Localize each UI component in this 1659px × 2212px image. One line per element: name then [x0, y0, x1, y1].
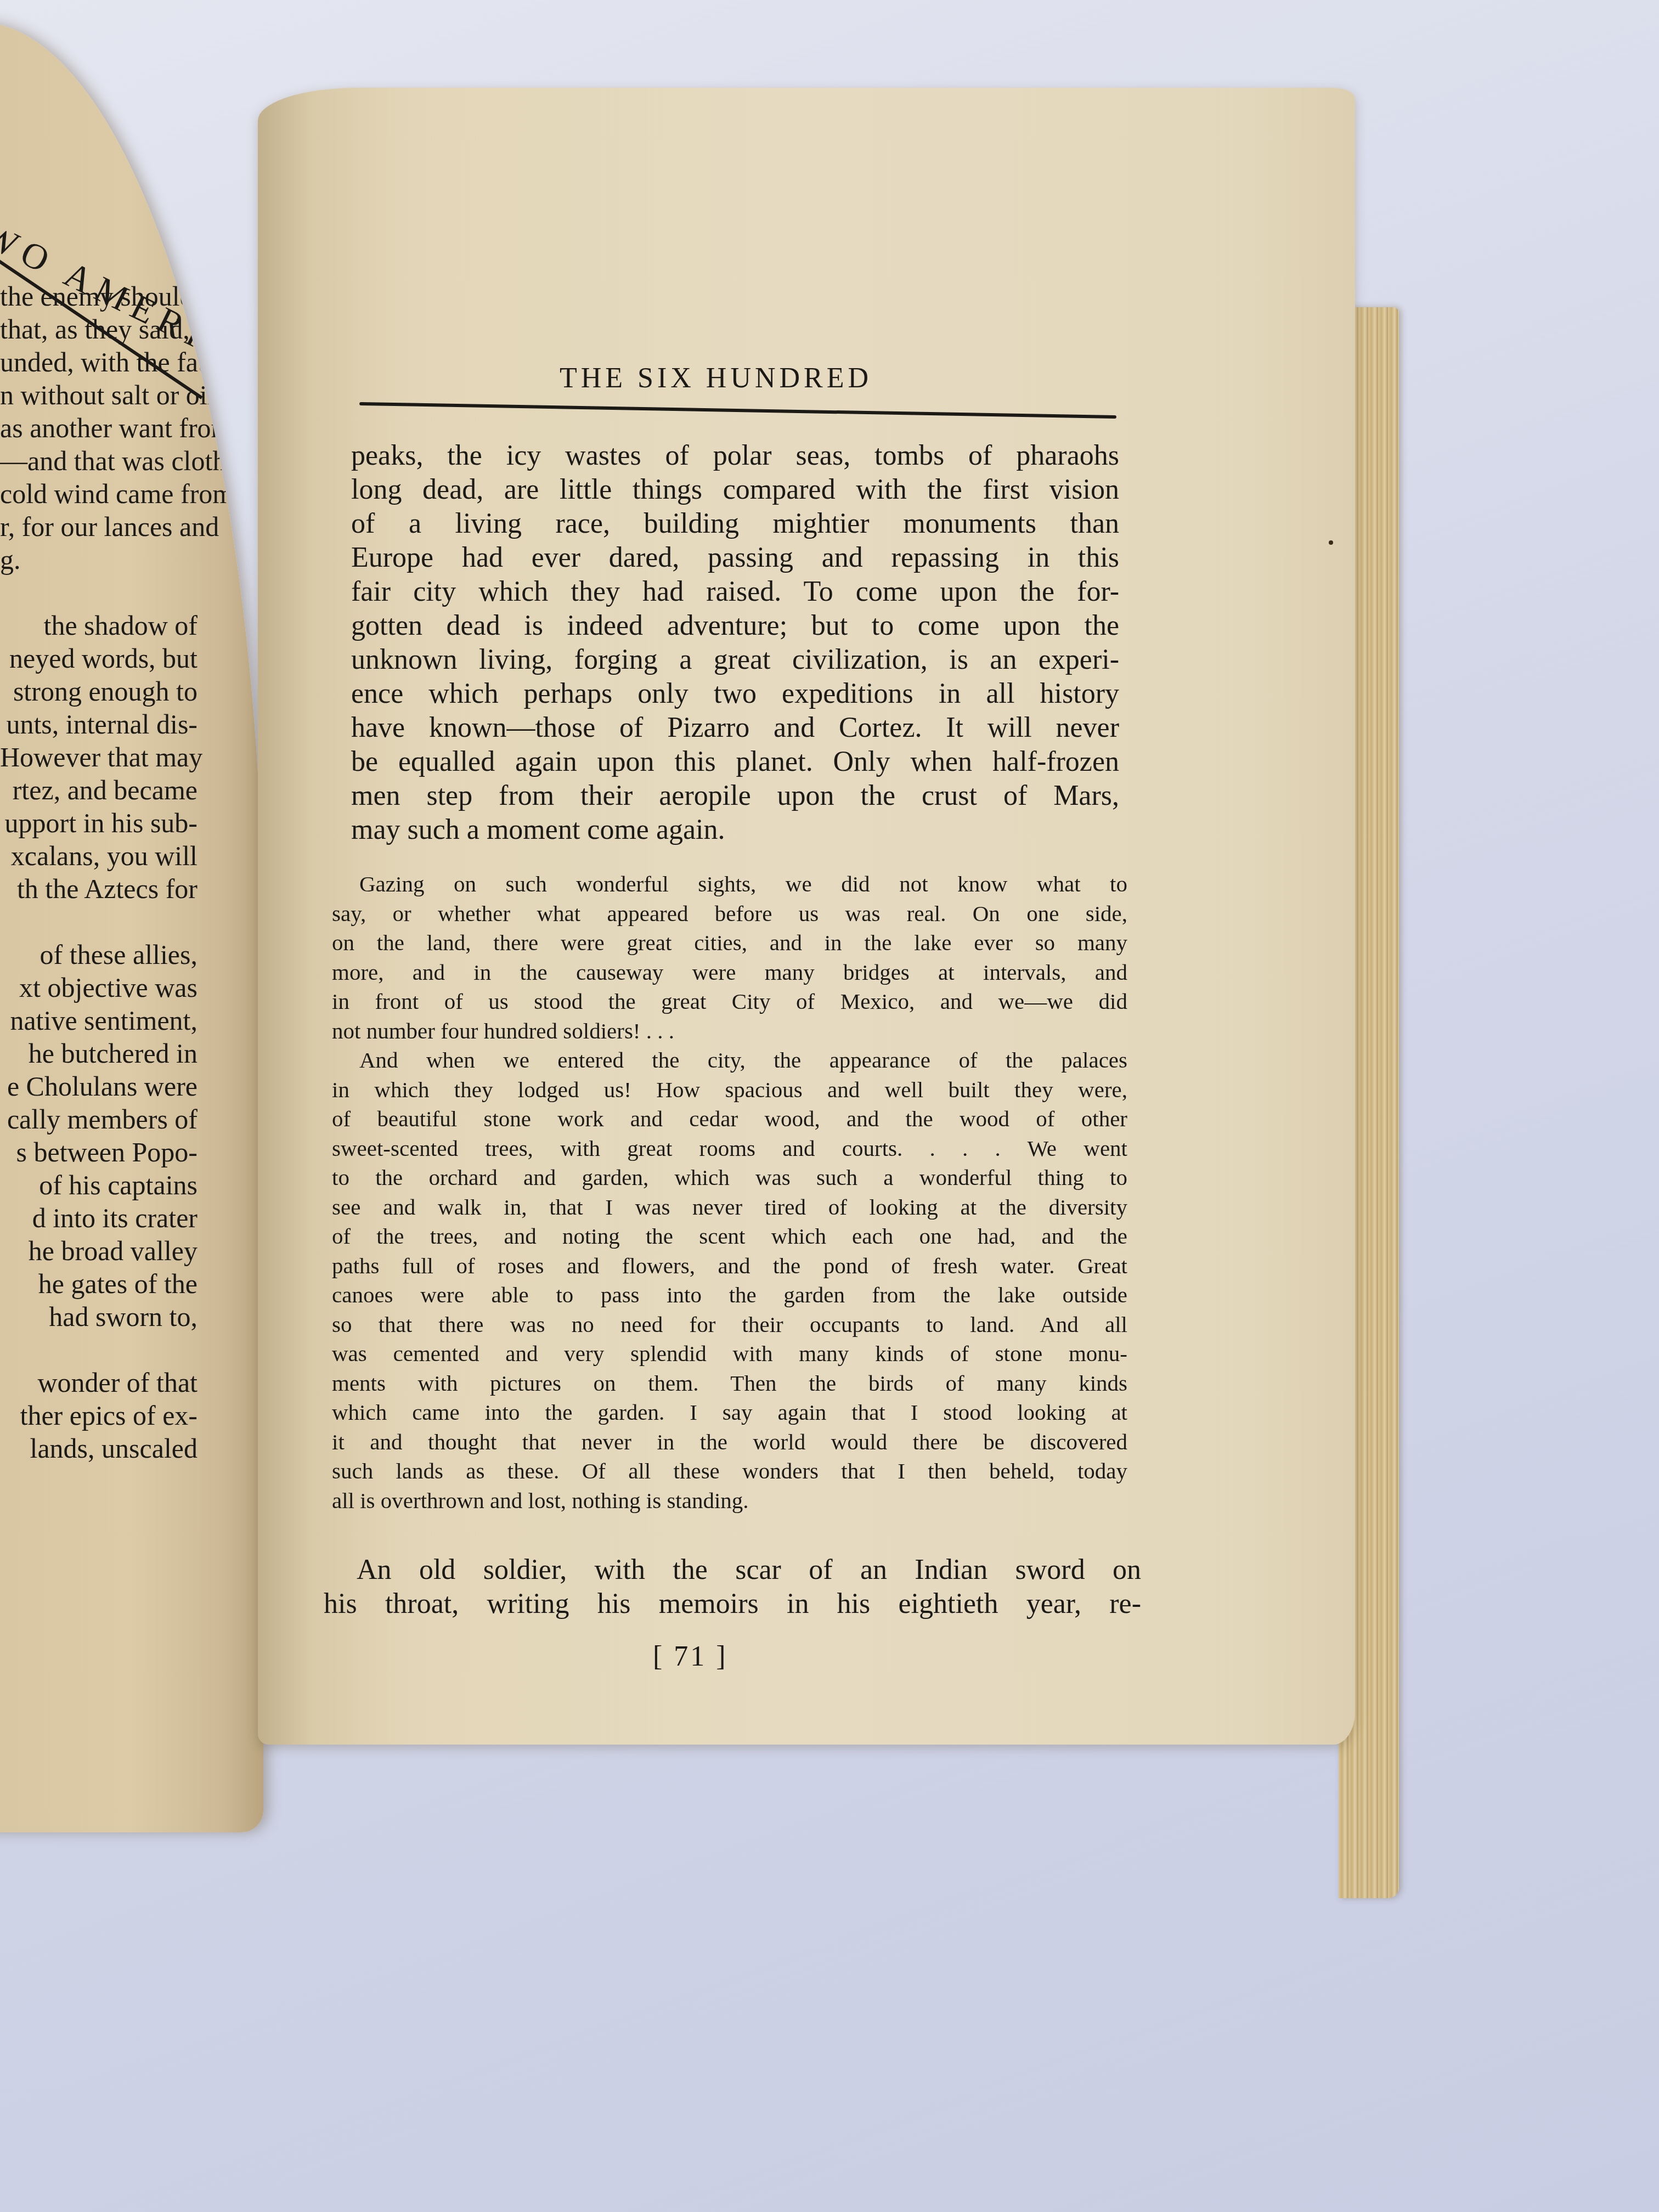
block-quote: Gazing on such wonderful sights, we did …: [332, 870, 1127, 1515]
body-line: be equalled again upon this planet. Only…: [351, 745, 1119, 779]
quote-line: of beautiful stone work and cedar wood, …: [332, 1104, 1127, 1134]
left-text-line: cally members of: [0, 1103, 198, 1136]
body-line: ence which perhaps only two expeditions …: [351, 677, 1119, 711]
quote-line: paths full of roses and flowers, and the…: [332, 1251, 1127, 1281]
quote-line: in which they lodged us! How spacious an…: [332, 1075, 1127, 1105]
body-line: men step from their aeropile upon the cr…: [351, 779, 1119, 813]
quote-line: such lands as these. Of all these wonder…: [332, 1457, 1127, 1486]
body-line: his throat, writing his memoirs in his e…: [324, 1587, 1141, 1621]
body-line: long dead, are little things compared wi…: [351, 473, 1119, 507]
left-text-line: xt objective was: [0, 971, 198, 1004]
left-text-line: of these allies,: [0, 938, 198, 971]
quote-line: was cemented and very splendid with many…: [332, 1339, 1127, 1369]
left-text-line: he gates of the: [0, 1267, 198, 1300]
closing-paragraph: An old soldier, with the scar of an Indi…: [324, 1553, 1141, 1621]
quote-line: say, or whether what appeared before us …: [332, 899, 1127, 929]
left-text-line: th the Aztecs for: [0, 872, 198, 905]
left-text-line: the enemy should not: [0, 280, 198, 313]
left-text-line: s between Popo-: [0, 1136, 198, 1169]
left-text-line: r, for our lances and: [0, 510, 198, 543]
quote-line: Gazing on such wonderful sights, we did …: [332, 870, 1127, 899]
quote-line: to the orchard and garden, which was suc…: [332, 1163, 1127, 1193]
left-text-line: the shadow of: [0, 609, 198, 642]
body-paragraph: peaks, the icy wastes of polar seas, tom…: [351, 439, 1119, 847]
body-line: may such a moment come again.: [351, 813, 1119, 847]
left-text-line: he broad valley: [0, 1234, 198, 1267]
body-line: An old soldier, with the scar of an Indi…: [324, 1553, 1141, 1587]
left-text-line: lands, unscaled: [0, 1432, 198, 1465]
quote-line: ments with pictures on them. Then the bi…: [332, 1369, 1127, 1398]
left-text-line: he butchered in: [0, 1037, 198, 1070]
body-line: unknown living, forging a great civiliza…: [351, 643, 1119, 677]
left-text-line: unts, internal dis-: [0, 708, 198, 741]
left-text-line: xcalans, you will: [0, 839, 198, 872]
body-line: have known—those of Pizarro and Cortez. …: [351, 711, 1119, 745]
left-text-line: n without salt or oil: [0, 379, 198, 411]
quote-line: of the trees, and noting the scent which…: [332, 1222, 1127, 1251]
quote-line: see and walk in, that I was never tired …: [332, 1193, 1127, 1222]
quote-line: it and thought that never in the world w…: [332, 1427, 1127, 1457]
left-page-text: the enemy should not that, as they said,…: [0, 280, 198, 1465]
left-text-line: e Cholulans were: [0, 1070, 198, 1103]
quote-line: which came into the garden. I say again …: [332, 1398, 1127, 1427]
left-text-line: rtez, and became: [0, 774, 198, 806]
paper-spot: [1329, 540, 1333, 545]
left-text-line: wonder of that: [0, 1366, 198, 1399]
quote-line: And when we entered the city, the appear…: [332, 1046, 1127, 1075]
left-text-line: d into its crater: [0, 1201, 198, 1234]
quote-line: not number four hundred soldiers! . . .: [332, 1017, 1127, 1046]
left-page: WO AMERICAS the enemy should not that, a…: [0, 22, 263, 1832]
quote-line: sweet-scented trees, with great rooms an…: [332, 1134, 1127, 1164]
quote-line: more, and in the causeway were many brid…: [332, 958, 1127, 988]
page-number: [ 71 ]: [653, 1640, 728, 1673]
left-text-line: upport in his sub-: [0, 806, 198, 839]
body-line: fair city which they had raised. To come…: [351, 575, 1119, 609]
left-text-line: However that may: [0, 741, 198, 774]
left-text-line: ther epics of ex-: [0, 1399, 198, 1432]
quote-line: so that there was no need for their occu…: [332, 1310, 1127, 1340]
quote-line: in front of us stood the great City of M…: [332, 987, 1127, 1017]
body-line: Europe had ever dared, passing and repas…: [351, 541, 1119, 575]
left-text-line: unded, with the fat of: [0, 346, 198, 379]
left-text-line: cold wind came from: [0, 477, 198, 510]
left-text-line: strong enough to: [0, 675, 198, 708]
left-text-line: —and that was clothes: [0, 444, 198, 477]
right-running-head: THE SIX HUNDRED: [560, 362, 872, 394]
body-line: peaks, the icy wastes of polar seas, tom…: [351, 439, 1119, 473]
body-line: gotten dead is indeed adventure; but to …: [351, 609, 1119, 643]
left-text-line: neyed words, but: [0, 642, 198, 675]
left-text-line: of his captains: [0, 1169, 198, 1201]
left-text-line: as another want from: [0, 411, 198, 444]
quote-line: on the land, there were great cities, an…: [332, 928, 1127, 958]
left-text-line: g.: [0, 543, 198, 576]
quote-line: all is overthrown and lost, nothing is s…: [332, 1486, 1127, 1516]
quote-line: canoes were able to pass into the garden…: [332, 1280, 1127, 1310]
left-text-line: that, as they said, we: [0, 313, 198, 346]
left-text-line: had sworn to,: [0, 1300, 198, 1333]
left-text-line: native sentiment,: [0, 1004, 198, 1037]
body-line: of a living race, building mightier monu…: [351, 507, 1119, 541]
